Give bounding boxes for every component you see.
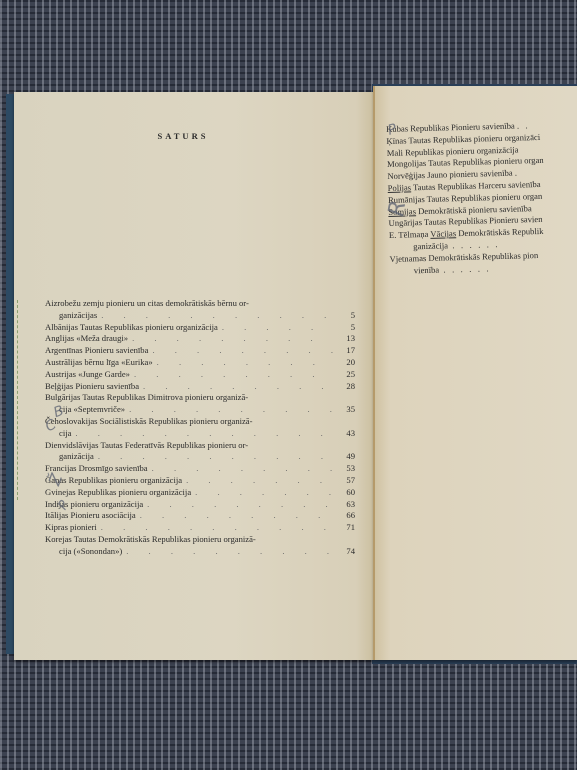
dot-leader: . . . . . . . . . . . . . . . . . . . . …	[75, 428, 333, 440]
toc-entry-title: Demokrātiskā pionieru savienība	[416, 203, 532, 216]
dot-leader: . . . . . . . . . . . . . . . . . . . . …	[157, 357, 333, 369]
dot-leader: . . . . . . . . . . . . . . . . . . . . …	[126, 546, 333, 558]
dot-leader: . . . . . . . . . . . . . . . . . . . . …	[152, 345, 333, 357]
toc-page-number: 53	[337, 463, 355, 475]
toc-entry-title: Demokrātiskās Republik	[456, 226, 544, 238]
page-title: SATURS	[14, 131, 352, 141]
toc-entry-title: E. Tēlmaņa	[389, 229, 431, 240]
toc-entry: Korejas Tautas Demokrātiskās Republikas …	[45, 534, 355, 558]
toc-entry: Čehoslovakijas Sociālistiskās Republikas…	[45, 416, 355, 440]
toc-entry-title: Argentīnas Pionieru savienība	[45, 345, 148, 357]
dot-leader: . . . . . . . . . . . . . . . . . . . . …	[152, 463, 333, 475]
toc-entry: Indijas pionieru organizācija. . . . . .…	[45, 499, 355, 511]
table-of-contents-continued: Kubas Republikas Pionieru savienība . .Ķ…	[386, 117, 577, 277]
dot-leader: . . . . . . . . . . . . . . . . . . . . …	[222, 322, 333, 334]
toc-page-number: 5	[337, 310, 355, 322]
toc-page-number: 49	[337, 451, 355, 463]
dot-leader: . . . . . . . . . . . . . . . . . . . . …	[98, 451, 333, 463]
book-spine-gutter	[373, 86, 375, 660]
toc-page-number: 60	[337, 487, 355, 499]
toc-entry-title: ganizācija	[413, 240, 448, 251]
toc-entry-title: Gvinejas Republikas pionieru organizācij…	[45, 487, 191, 499]
dot-leader: . . . . . .	[439, 263, 489, 274]
toc-entry-title: Anglijas «Meža draugi»	[45, 333, 128, 345]
dot-leader: . . . . . . . . . . . . . . . . . . . . …	[129, 404, 333, 416]
toc-entry-title: vienība	[414, 264, 440, 275]
toc-page-number: 63	[337, 499, 355, 511]
toc-page-number: 13	[337, 333, 355, 345]
toc-entry-title: Čehoslovakijas Sociālistiskās Republikas…	[45, 416, 253, 428]
toc-entry-title: Austrijas «Junge Garde»	[45, 369, 130, 381]
toc-page-number: 17	[337, 345, 355, 357]
toc-entry-title: ganizācija	[45, 451, 94, 463]
toc-entry: Kipras pionieri. . . . . . . . . . . . .…	[45, 522, 355, 534]
toc-entry-title: Beļģijas Pionieru savienība	[45, 381, 139, 393]
toc-entry: Beļģijas Pionieru savienība. . . . . . .…	[45, 381, 355, 393]
dot-leader: . . . . . . . . . . . . . . . . . . . . …	[101, 522, 333, 534]
toc-page-number: 66	[337, 510, 355, 522]
toc-entry-title: Bulgārijas Tautas Republikas Dimitrova p…	[45, 392, 248, 404]
toc-entry: Bulgārijas Tautas Republikas Dimitrova p…	[45, 392, 355, 416]
toc-entry-title: Dienvidslāvijas Tautas Federatīvās Repub…	[45, 440, 248, 452]
toc-entry-title: Albānijas Tautas Republikas pionieru org…	[45, 322, 218, 334]
toc-entry-title: Austrālijas bērnu līga «Eurika»	[45, 357, 153, 369]
dot-leader: . . . . . . . . . . . . . . . . . . . . …	[147, 499, 333, 511]
toc-entry: Gvinejas Republikas pionieru organizācij…	[45, 487, 355, 499]
toc-page-number: 28	[337, 381, 355, 393]
dot-leader: . . . . . . . . . . . . . . . . . . . . …	[101, 310, 333, 322]
right-page: Kubas Republikas Pionieru savienība . .Ķ…	[374, 86, 577, 660]
toc-entry: Albānijas Tautas Republikas pionieru org…	[45, 322, 355, 334]
dot-leader: . . . . . . . . . . . . . . . . . . . . …	[186, 475, 333, 487]
toc-entry: Ganas Republikas pionieru organizācija. …	[45, 475, 355, 487]
dot-leader: . . . . . . . . . . . . . . . . . . . . …	[143, 381, 333, 393]
cover-binding-tape	[17, 300, 21, 500]
dot-leader: . . . . . . . . . . . . . . . . . . . . …	[195, 487, 333, 499]
toc-entry-title: Itālijas Pionieru asociācija	[45, 510, 136, 522]
toc-entry: Dienvidslāvijas Tautas Federatīvās Repub…	[45, 440, 355, 464]
toc-entry-title: Kipras pionieri	[45, 522, 97, 534]
dot-leader: .	[512, 168, 517, 178]
toc-entry: Argentīnas Pionieru savienība. . . . . .…	[45, 345, 355, 357]
toc-entry-title: ganizācijas	[45, 310, 97, 322]
dot-leader: . . . . . . . . . . . . . . . . . . . . …	[134, 369, 333, 381]
toc-page-number: 5	[337, 322, 355, 334]
toc-entry-title: Aizrobežu zemju pionieru un citas demokr…	[45, 298, 249, 310]
toc-page-number: 20	[337, 357, 355, 369]
toc-page-number: 25	[337, 369, 355, 381]
underlined-word: Vācijas	[430, 228, 456, 239]
toc-page-number: 57	[337, 475, 355, 487]
table-of-contents: Aizrobežu zemju pionieru un citas demokr…	[45, 298, 355, 558]
dot-leader: . .	[515, 120, 528, 130]
dot-leader: . . . . . . . . . . . . . . . . . . . . …	[140, 510, 333, 522]
toc-entry: Austrijas «Junge Garde». . . . . . . . .…	[45, 369, 355, 381]
toc-entry: Aizrobežu zemju pionieru un citas demokr…	[45, 298, 355, 322]
left-page: SATURS Aizrobežu zemju pionieru un citas…	[14, 92, 374, 660]
toc-entry: Francijas Drosmīgo savienība. . . . . . …	[45, 463, 355, 475]
toc-entry: Anglijas «Meža draugi». . . . . . . . . …	[45, 333, 355, 345]
toc-page-number: 43	[337, 428, 355, 440]
dot-leader: . . . . . .	[448, 239, 498, 250]
toc-entry-title: cija («Sonondan»)	[45, 546, 122, 558]
toc-entry: Itālijas Pionieru asociācija. . . . . . …	[45, 510, 355, 522]
dot-leader: . . . . . . . . . . . . . . . . . . . . …	[132, 333, 333, 345]
toc-entry-title: Korejas Tautas Demokrātiskās Republikas …	[45, 534, 256, 546]
toc-page-number: 71	[337, 522, 355, 534]
toc-entry-title: Francijas Drosmīgo savienība	[45, 463, 148, 475]
toc-page-number: 74	[337, 546, 355, 558]
toc-entry: Austrālijas bērnu līga «Eurika». . . . .…	[45, 357, 355, 369]
toc-page-number: 35	[337, 404, 355, 416]
underlined-word: Polijas	[388, 182, 412, 193]
